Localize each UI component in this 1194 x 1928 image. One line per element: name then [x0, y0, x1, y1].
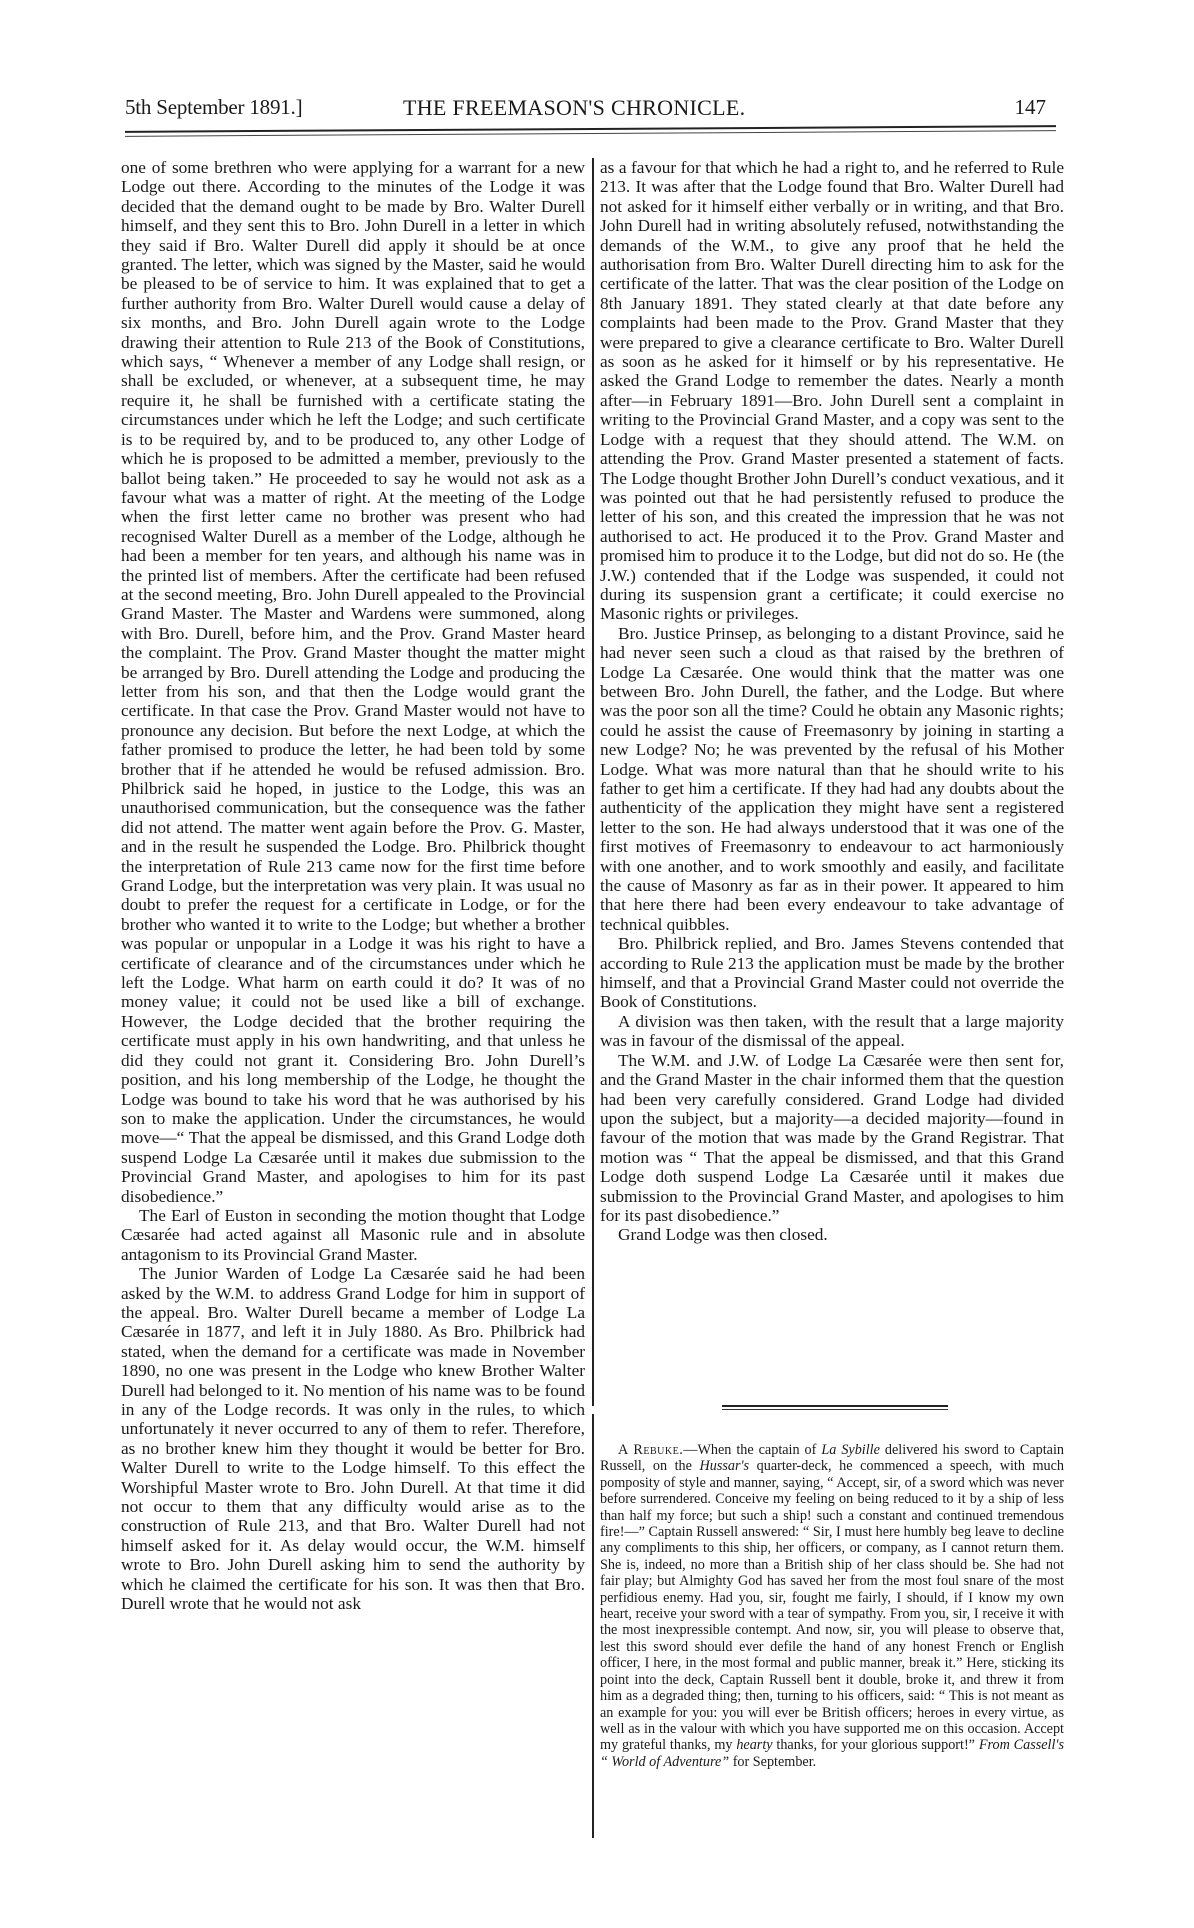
emphasis: hearty [736, 1737, 772, 1753]
rebuke-paragraph: A Rebuke.—When the captain of La Sybille… [600, 1442, 1064, 1770]
column-divider [592, 158, 594, 1838]
page-number: 147 [1015, 95, 1047, 120]
rebuke-article: A Rebuke.—When the captain of La Sybille… [600, 1442, 1064, 1770]
rebuke-heading: A Rebuke. [618, 1442, 683, 1458]
paragraph: Bro. Justice Prinsep, as belonging to a … [600, 624, 1064, 935]
masthead: 5th September 1891.] THE FREEMASON'S CHR… [125, 95, 1056, 125]
paragraph: Bro. Philbrick replied, and Bro. James S… [600, 934, 1064, 1012]
paragraph: The Earl of Euston in seconding the moti… [121, 1206, 585, 1264]
paragraph: one of some brethren who were applying f… [121, 158, 585, 1206]
paragraph: The Junior Warden of Lodge La Cæsarée sa… [121, 1264, 585, 1613]
paragraph: A division was then taken, with the resu… [600, 1012, 1064, 1051]
paragraph: Grand Lodge was then closed. [600, 1225, 1064, 1244]
left-column: one of some brethren who were applying f… [121, 158, 585, 1613]
column-divider-gap [590, 1406, 596, 1414]
paragraph: The W.M. and J.W. of Lodge La Cæsarée we… [600, 1051, 1064, 1226]
ship-name: La Sybille [821, 1442, 880, 1458]
issue-date: 5th September 1891.] [125, 95, 302, 120]
publication-title: THE FREEMASON'S CHRONICLE. [403, 95, 745, 121]
section-separator-rule [722, 1405, 948, 1410]
paragraph: as a favour for that which he had a righ… [600, 158, 1064, 624]
ship-name: Hussar's [700, 1458, 750, 1474]
right-column: as a favour for that which he had a righ… [600, 158, 1064, 1245]
